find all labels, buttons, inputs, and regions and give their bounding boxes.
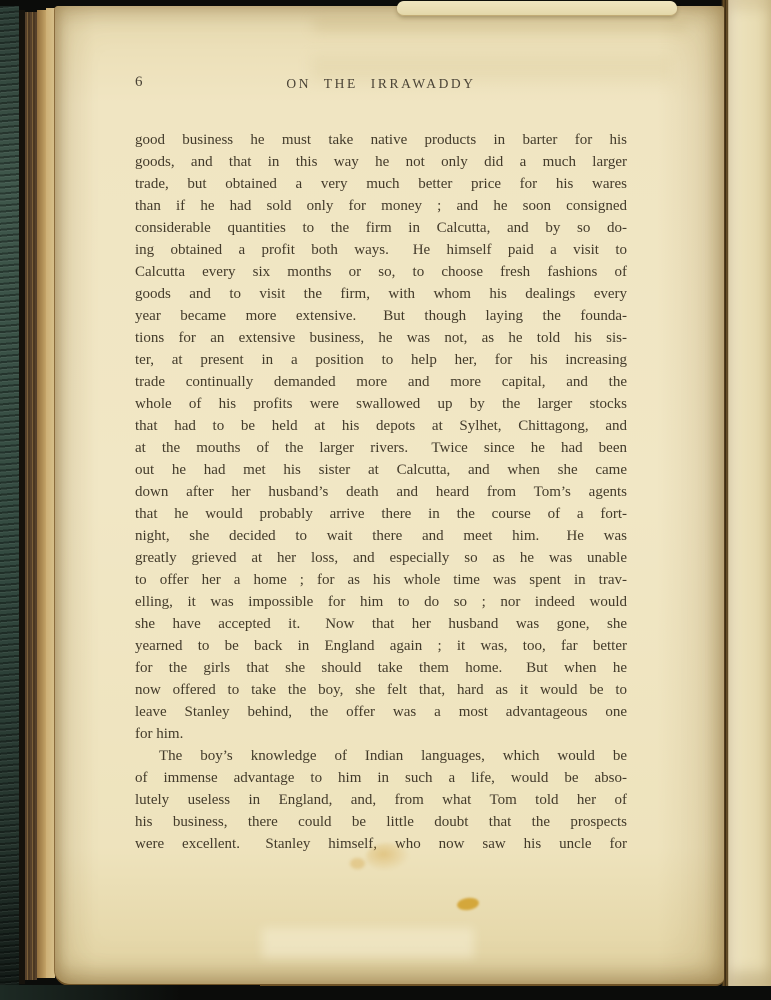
running-head: ON THE IRRAWADDY [135, 76, 627, 92]
page-edges-dark [25, 12, 37, 980]
text-line: whole of his profits were swallowed up b… [135, 393, 627, 415]
cover-bottom-edge [0, 985, 260, 1000]
text-line: his business, there could be little doub… [135, 811, 627, 833]
text-line: at the mouths of the larger rivers. Twic… [135, 437, 627, 459]
text-line: that had to be held at his depots at Syl… [135, 415, 627, 437]
text-line: to offer her a home ; for as his whole t… [135, 569, 627, 591]
page-edge-tab [397, 1, 677, 16]
adjacent-page-edge [728, 0, 771, 986]
text-line: that he would probably arrive there in t… [135, 503, 627, 525]
text-line: down after her husband’s death and heard… [135, 481, 627, 503]
text-line: leave Stanley behind, the offer was a mo… [135, 701, 627, 723]
text-line: lutely useless in England, and, from wha… [135, 789, 627, 811]
text-line: now offered to take the boy, she felt th… [135, 679, 627, 701]
text-line: ter, at present in a position to help he… [135, 349, 627, 371]
page-edges-tan [37, 10, 46, 978]
text-line: elling, it was impossible for him to do … [135, 591, 627, 613]
text-line: she have accepted it. Now that her husba… [135, 613, 627, 635]
text-line: yearned to be back in England again ; it… [135, 635, 627, 657]
text-line: greatly grieved at her loss, and especia… [135, 547, 627, 569]
text-line: for him. [135, 723, 627, 745]
text-line: trade continually demanded more and more… [135, 371, 627, 393]
text-line: considerable quantities to the firm in C… [135, 217, 627, 239]
text-line: Calcutta every six months or so, to choo… [135, 261, 627, 283]
book-cover-edge [0, 6, 19, 988]
text-line: for the girls that she should take them … [135, 657, 627, 679]
text-line: year became more extensive. But though l… [135, 305, 627, 327]
body-text: good business he must take native produc… [135, 129, 627, 855]
foxing-stain [350, 858, 365, 869]
text-line: goods, and that in this way he not only … [135, 151, 627, 173]
text-line: goods and to visit the firm, with whom h… [135, 283, 627, 305]
text-line: ing obtained a profit both ways. He hims… [135, 239, 627, 261]
text-line: trade, but obtained a very much better p… [135, 173, 627, 195]
text-line: out he had met his sister at Calcutta, a… [135, 459, 627, 481]
text-line: than if he had sold only for money ; and… [135, 195, 627, 217]
text-line: of immense advantage to him in such a li… [135, 767, 627, 789]
text-line: tions for an extensive business, he was … [135, 327, 627, 349]
text-line: The boy’s knowledge of Indian languages,… [135, 745, 627, 767]
foxing-stain [366, 843, 410, 871]
text-line: good business he must take native produc… [135, 129, 627, 151]
page-tab-shadow [312, 17, 688, 32]
text-line: night, she decided to wait there and mee… [135, 525, 627, 547]
scan-light-band [262, 928, 474, 958]
